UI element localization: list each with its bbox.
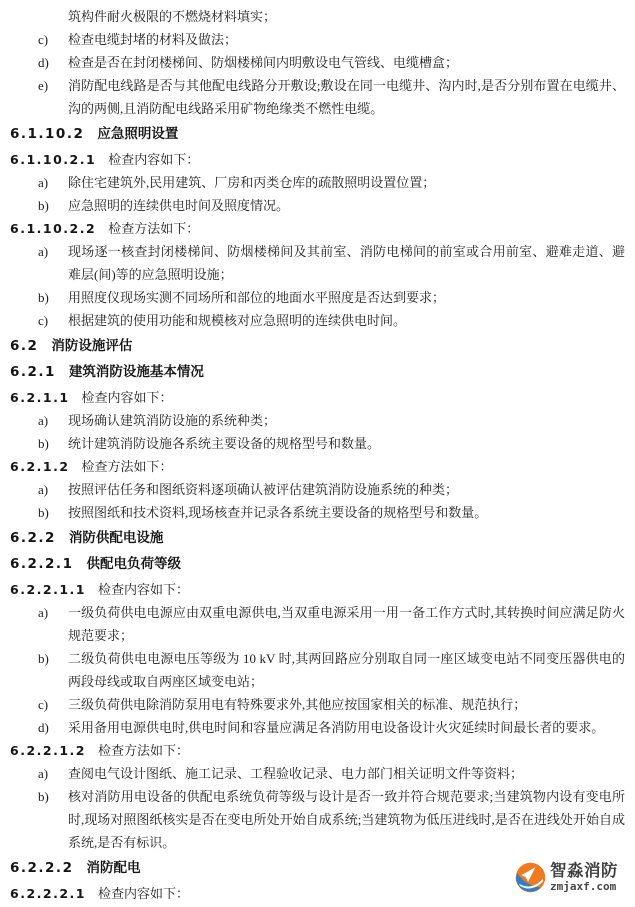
item-text: 二级负荷供电电源电压等级为 10 kV 时,其两回路应分别取自同一座区域变电站不… [68,651,625,689]
item-text: 采用备用电源供电时,供电时间和容量应满足各消防用电设备设计火灾延续时间最长者的要… [68,720,604,735]
item-text: 消防配电线路是否与其他配电线路分开敷设;敷设在同一电缆井、沟内时,是否分别布置在… [68,78,625,116]
list-item: d)检查是否在封闭楼梯间、防烟楼梯间内明敷设电气管线、电缆槽盒； [10,51,625,74]
item-marker: b) [38,785,64,808]
item-marker: c) [38,309,64,332]
heading-number: 6.2.2.1 [10,556,73,572]
content: 筑构件耐火极限的不燃烧材料填实；c)检查电缆封堵的材料及做法；d)检查是否在封闭… [0,0,635,905]
list-item: e)消防配电线路是否与其他配电线路分开敷设;敷设在同一电缆井、沟内时,是否分别布… [10,74,625,120]
section-heading: 6.2.1建筑消防设施基本情况 [10,361,625,384]
list-item: d)采用备用电源供电时,供电时间和容量应满足各消防用电设备设计火灾延续时间最长者… [10,716,625,739]
heading-number: 6.2.2 [10,530,56,546]
heading-number: 6.2.2.2 [10,860,73,876]
continuation-text: 筑构件耐火极限的不燃烧材料填实； [68,9,276,24]
heading-number: 6.2 [10,338,38,354]
clause-line: 6.1.10.2.1检查内容如下： [10,148,625,171]
list-item: b)用照度仪现场实测不同场所和部位的地面水平照度是否达到要求； [10,286,625,309]
clause-number: 6.1.10.2.1 [10,152,96,167]
clause-text: 检查方法如下： [82,459,173,474]
item-marker: b) [38,647,64,670]
section-heading: 6.2消防设施评估 [10,335,625,358]
list-item: b)应急照明的连续供电时间及照度情况。 [10,194,625,217]
item-text: 用照度仪现场实测不同场所和部位的地面水平照度是否达到要求； [68,290,445,305]
item-marker: a) [38,478,64,501]
list-item: b)核对消防用电设备的供配电系统负荷等级与设计是否一致并符合规范要求;当建筑物内… [10,785,625,854]
item-text: 三级负荷供电除消防泵用电有特殊要求外,其他应按国家相关的标准、规范执行； [68,697,526,712]
clause-number: 6.2.2.2.1 [10,886,86,901]
clause-line: 6.2.1.2检查方法如下： [10,455,625,478]
clause-number: 6.2.2.1.2 [10,743,86,758]
item-marker: d) [38,51,64,74]
item-text: 除住宅建筑外,民用建筑、厂房和丙类仓库的疏散照明设置位置； [68,175,435,190]
item-marker: c) [38,28,64,51]
item-text: 根据建筑的使用功能和规模核对应急照明的连续供电时间。 [68,313,406,328]
list-item: a)一级负荷供电电源应由双重电源供电,当双重电源采用一用一备工作方式时,其转换时… [10,601,625,647]
list-item: a)按照评估任务和图纸资料逐项确认被评估建筑消防设施系统的种类； [10,478,625,501]
brand-logo-icon [515,862,546,893]
item-text: 应急照明的连续供电时间及照度情况。 [68,198,289,213]
clause-line: 6.2.2.1.2检查方法如下： [10,739,625,762]
list-item: a)除住宅建筑外,民用建筑、厂房和丙类仓库的疏散照明设置位置； [10,171,625,194]
item-marker: b) [38,501,64,524]
document-page: 筑构件耐火极限的不燃烧材料填实；c)检查电缆封堵的材料及做法；d)检查是否在封闭… [0,0,635,907]
item-text: 查阅电气设计图纸、施工记录、工程验收记录、电力部门相关证明文件等资料； [68,766,523,781]
item-marker: a) [38,762,64,785]
clause-text: 检查方法如下： [108,221,199,236]
list-item: b)按照图纸和技术资料,现场核查并记录各系统主要设备的规格型号和数量。 [10,501,625,524]
item-marker: c) [38,693,64,716]
heading-title: 消防供配电设施 [69,530,164,546]
item-marker: a) [38,171,64,194]
item-marker: b) [38,194,64,217]
clause-line: 6.1.10.2.2检查方法如下： [10,217,625,240]
clause-text: 检查内容如下： [108,152,199,167]
item-text: 按照图纸和技术资料,现场核查并记录各系统主要设备的规格型号和数量。 [68,505,487,520]
item-text: 检查是否在封闭楼梯间、防烟楼梯间内明敷设电气管线、电缆槽盒； [68,55,458,70]
heading-title: 建筑消防设施基本情况 [69,364,204,380]
clause-number: 6.1.10.2.2 [10,221,96,236]
clause-text: 检查内容如下： [98,582,189,597]
item-text: 检查电缆封堵的材料及做法； [68,32,237,47]
item-text: 现场确认建筑消防设施的系统种类； [68,413,276,428]
clause-number: 6.2.1.1 [10,390,70,405]
heading-number: 6.1.10.2 [10,126,84,142]
list-item: a)现场逐一核查封闭楼梯间、防烟楼梯间及其前室、消防电梯间的前室或合用前室、避难… [10,240,625,286]
clause-text: 检查内容如下： [98,886,189,901]
section-heading: 6.2.2消防供配电设施 [10,527,625,550]
section-heading: 6.1.10.2应急照明设置 [10,123,625,146]
item-marker: a) [38,409,64,432]
brand-text: 智淼消防 zmjaxf.com [550,862,618,893]
clause-line: 6.2.1.1检查内容如下： [10,386,625,409]
item-text: 核对消防用电设备的供配电系统负荷等级与设计是否一致并符合规范要求;当建筑物内设有… [68,789,625,850]
item-text: 统计建筑消防设施各系统主要设备的规格型号和数量。 [68,436,380,451]
item-marker: e) [38,74,64,97]
clause-text: 检查方法如下： [98,743,189,758]
list-item: c)三级负荷供电除消防泵用电有特殊要求外,其他应按国家相关的标准、规范执行； [10,693,625,716]
list-item: b)二级负荷供电电源电压等级为 10 kV 时,其两回路应分别取自同一座区域变电… [10,647,625,693]
list-item: a)现场确认建筑消防设施的系统种类； [10,409,625,432]
heading-title: 消防配电 [86,860,140,876]
item-marker: d) [38,716,64,739]
clause-number: 6.2.1.2 [10,459,70,474]
list-item: c)根据建筑的使用功能和规模核对应急照明的连续供电时间。 [10,309,625,332]
clause-number: 6.2.2.1.1 [10,582,86,597]
item-marker: a) [38,240,64,263]
list-item: c)检查电缆封堵的材料及做法； [10,28,625,51]
item-text: 一级负荷供电电源应由双重电源供电,当双重电源采用一用一备工作方式时,其转换时间应… [68,605,625,643]
brand-name: 智淼消防 [550,862,618,880]
item-text: 现场逐一核查封闭楼梯间、防烟楼梯间及其前室、消防电梯间的前室或合用前室、避难走道… [68,244,625,282]
item-marker: b) [38,286,64,309]
item-marker: b) [38,432,64,455]
heading-title: 消防设施评估 [51,338,132,354]
item-text: 按照评估任务和图纸资料逐项确认被评估建筑消防设施系统的种类； [68,482,458,497]
clause-line: 6.2.2.1.1检查内容如下： [10,578,625,601]
heading-number: 6.2.1 [10,364,56,380]
list-item: a)查阅电气设计图纸、施工记录、工程验收记录、电力部门相关证明文件等资料； [10,762,625,785]
item-marker: a) [38,601,64,624]
list-item: b)统计建筑消防设施各系统主要设备的规格型号和数量。 [10,432,625,455]
heading-title: 应急照明设置 [97,126,178,142]
heading-title: 供配电负荷等级 [86,556,181,572]
continuation-line: 筑构件耐火极限的不燃烧材料填实； [10,5,625,28]
clause-text: 检查内容如下： [82,390,173,405]
brand-watermark: 智淼消防 zmjaxf.com [515,862,618,893]
section-heading: 6.2.2.1供配电负荷等级 [10,553,625,576]
brand-domain: zmjaxf.com [550,880,618,893]
